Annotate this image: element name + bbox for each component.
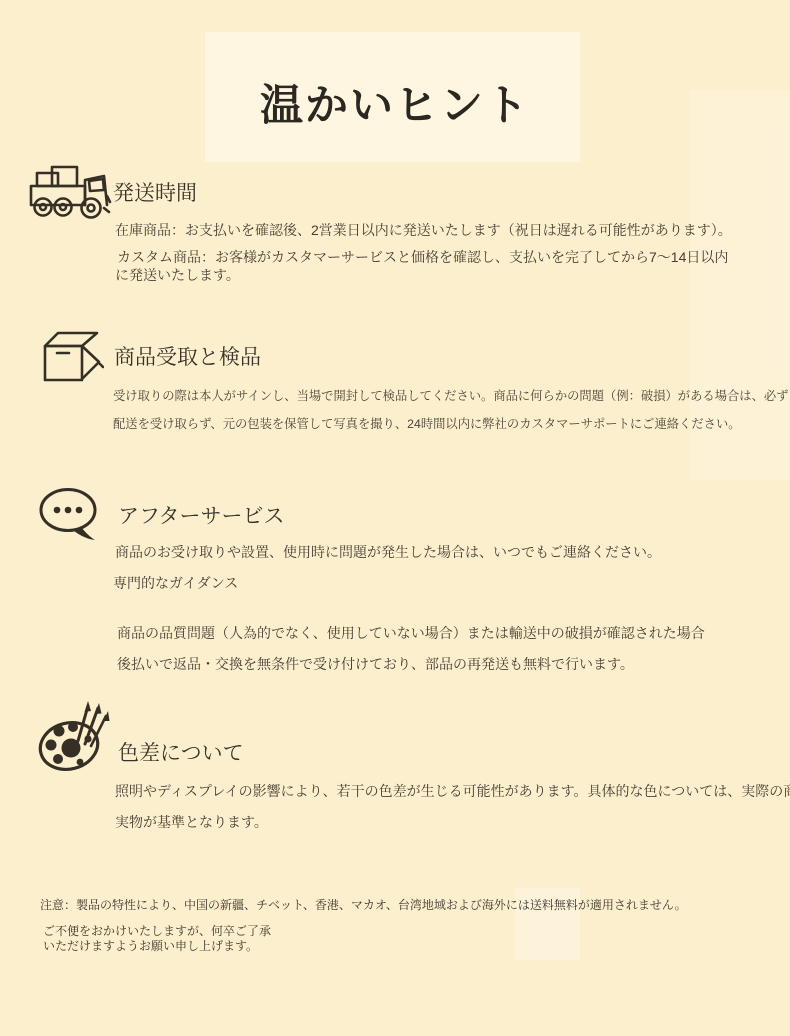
color-difference-text: 照明やディスプレイの影響により、若干の色差が生じる可能性があります。具体的な色に… (115, 781, 790, 801)
open-box-icon (38, 326, 104, 388)
warm-hints-page: 温かいヒント 発送時間 在庫商品：お支払いを確認後、2営業日以内に発送いたします… (0, 0, 790, 1036)
apology-note: いただけますようお願い申し上げます。 (43, 936, 258, 956)
section-heading-after-service: アフターサービス (118, 500, 285, 530)
shipping-exclusion-note: 注意：製品の特性により、中国の新疆、チベット、香港、マカオ、台湾地域および海外に… (40, 895, 687, 915)
shipping-time-text: 在庫商品：お支払いを確認後、2営業日以内に発送いたします（祝日は遅れる可能性があ… (115, 220, 732, 240)
receipt-inspection-text: 配送を受け取らず、元の包装を保管して写真を撮り、24時間以内に弊社のカスタマーサ… (113, 414, 741, 434)
after-service-text: 商品のお受け取りや設置、使用時に問題が発生した場合は、いつでもご連絡ください。 (115, 542, 661, 562)
truck-icon (28, 163, 112, 219)
after-service-text: 後払いで返品・交換を無条件で受け付けており、部品の再発送も無料で行います。 (117, 654, 634, 674)
receipt-inspection-text: 受け取りの際は本人がサインし、当場で開封して検品してください。商品に何らかの問題… (113, 386, 790, 406)
page-title: 温かいヒント (0, 72, 790, 133)
after-service-text: 専門的なガイダンス (113, 573, 238, 593)
palette-icon (36, 698, 116, 774)
section-heading-receipt-inspection: 商品受取と検品 (114, 341, 261, 371)
section-heading-color-difference: 色差について (118, 737, 244, 767)
section-heading-shipping-time: 発送時間 (113, 177, 197, 207)
shipping-time-text: に発送いたします。 (115, 265, 240, 285)
shipping-time-text: カスタム商品：お客様がカスタマーサービスと価格を確認し、支払いを完了してから7～… (117, 247, 728, 267)
speech-bubble-icon (36, 483, 104, 543)
after-service-text: 商品の品質問題（人為的でなく、使用していない場合）または輸送中の破損が確認された… (117, 623, 705, 643)
color-difference-text: 実物が基準となります。 (115, 812, 268, 832)
